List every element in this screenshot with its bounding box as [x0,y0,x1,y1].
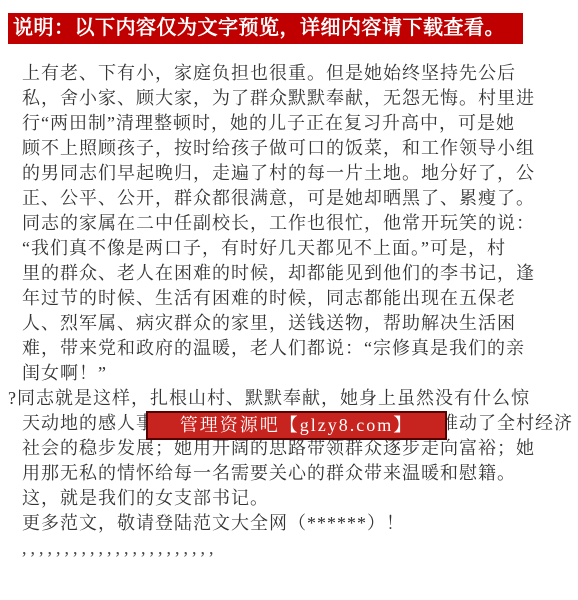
text-line: 上有老、下有小，家庭负担也很重。但是她始终坚持先公后 [22,61,578,86]
text-line: ?同志就是这样，扎根山村、默默奉献，她身上虽然没有什么惊 [8,386,578,411]
dotted-line: ,,,,,,,,,,,,,,,,,,,,,,, [22,536,578,561]
text-line: 这，就是我们的女支部书记。 [22,486,578,511]
text-line: “我们真不像是两口子，有时好几天都见不上面。”可是，村 [22,236,578,261]
document-text: 上有老、下有小，家庭负担也很重。但是她始终坚持先公后 私，舍小家、顾大家，为了群… [0,61,578,561]
text-line: 行“两田制”清理整顿时，她的儿子正在复习升高中，可是她 [22,111,578,136]
preview-notice-banner: 说明：以下内容仅为文字预览，详细内容请下载查看。 [8,13,523,44]
text-line: 私，舍小家、顾大家，为了群众默默奉献，无怨无悔。村里进 [22,86,578,111]
text-fragment-right: 推动了全村经济 [440,413,573,433]
site-watermark: 管理资源吧【glzy8.com】 [146,411,447,440]
text-line: 用那无私的情怀给每一名需要关心的群众带来温暖和慰籍。 [22,461,578,486]
text-line: 人、烈军属、病灾群众的家里，送钱送物，帮助解决生活困 [22,311,578,336]
text-line: 顾不上照顾孩子，按时给孩子做可口的饭菜，和工作领导小组 [22,136,578,161]
text-line: 难，带来党和政府的温暖，老人们都说：“宗修真是我们的亲 [22,336,578,361]
text-line: 里的群众、老人在困难的时候，却都能见到他们的李书记，逢 [22,261,578,286]
text-line: 闺女啊！” [22,361,578,386]
text-line: 的男同志们早起晚归，走遍了村的每一片土地。地分好了，公 [22,161,578,186]
text-line: 同志的家属在二中任副校长，工作也很忙，他常开玩笑的说： [22,211,578,236]
text-line: 正、公平、公开，群众都很满意，可是她却晒黑了、累瘦了。 [22,186,578,211]
text-line: 更多范文，敬请登陆范文大全网（******）！ [22,511,578,536]
text-line: 年过节的时候、生活有困难的时候，同志都能出现在五保老 [22,286,578,311]
